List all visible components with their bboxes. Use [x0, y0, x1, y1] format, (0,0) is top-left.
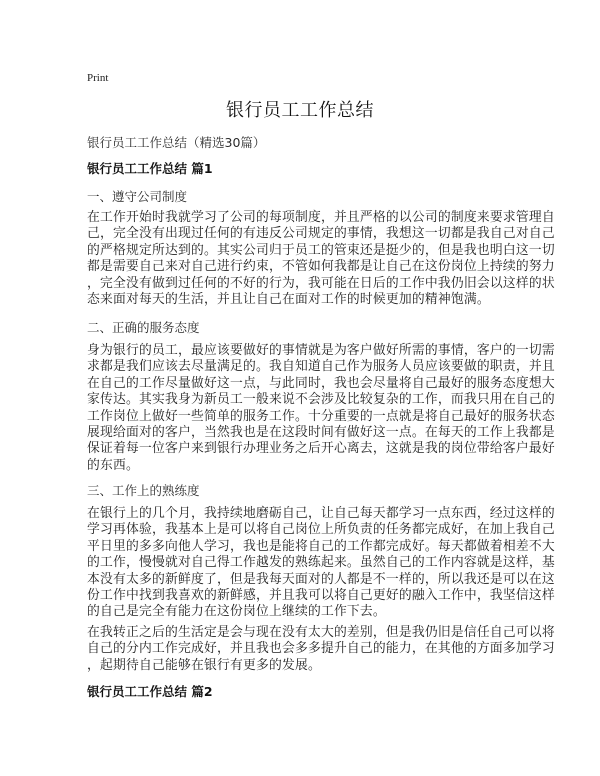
paragraph-line: 身为银行的员工，最应该要做好的事情就是为客户做好所需的事情，客户的一切需	[87, 343, 513, 359]
document-title: 银行员工工作总结	[87, 96, 513, 122]
document-subtitle: 银行员工工作总结（精选30篇）	[87, 133, 265, 151]
paragraph-line: 的工作，慢慢就对自己得工作越发的熟练起来。虽然自己的工作内容就是这样，基	[87, 555, 513, 571]
paragraph: 在我转正之后的生活定是会与现在没有太大的差别，但是我仍旧是信任自己可以将 自己的…	[87, 625, 513, 674]
paragraph-line: 在自己的工作尽量做好这一点，与此同时，我也会尽量将自己最好的服务态度想大	[87, 376, 513, 392]
paragraph-line: 的严格规定所达到的。其实公司归于员工的管束还是挺少的，但是我也明白这一切	[87, 243, 513, 259]
paragraph: 身为银行的员工，最应该要做好的事情就是为客户做好所需的事情，客户的一切需 求都是…	[87, 343, 513, 474]
section-title: 一、遵守公司制度	[87, 187, 513, 205]
paragraph-line: 的东西。	[87, 458, 513, 474]
paragraph-line: 的自己是完全有能力在这份岗位上继续的工作下去。	[87, 604, 513, 620]
article-heading: 银行员工工作总结 篇1	[87, 159, 513, 177]
print-link[interactable]: Print	[87, 72, 108, 84]
paragraph-line: ，起期待自己能够在银行有更多的发展。	[87, 658, 513, 674]
paragraph-line: 己，完全没有出现过任何的有违反公司规定的事情，我想这一切都是我自己对自己	[87, 226, 513, 242]
paragraph-line: 工作岗位上做好一些简单的服务工作。十分重要的一点就是将自己最好的服务状态	[87, 409, 513, 425]
paragraph-line: ，完全没有做到过任何的不好的行为，我可能在日后的工作中我仍旧会以这样的状	[87, 276, 513, 292]
paragraph-line: 保证着每一位客户来到银行办理业务之后开心离去，这就是我的岗位带给客户最好	[87, 441, 513, 457]
paragraph-line: 在工作开始时我就学习了公司的每项制度，并且严格的以公司的制度来要求管理自	[87, 210, 513, 226]
paragraph-line: 在我转正之后的生活定是会与现在没有太大的差别，但是我仍旧是信任自己可以将	[87, 625, 513, 641]
paragraph-line: 求都是我们应该去尽量满足的。我自知道自己作为服务人员应该要做的职责，并且	[87, 359, 513, 375]
section-title: 三、工作上的熟练度	[87, 481, 513, 499]
article-heading: 银行员工工作总结 篇2	[87, 682, 513, 700]
paragraph-line: 自己的分内工作完成好，并且我也会多多提升自己的能力，在其他的方面多加学习	[87, 641, 513, 657]
paragraph-line: 在银行上的几个月，我持续地磨砺自己，让自己每天都学习一点东西，经过这样的	[87, 506, 513, 522]
section-title: 二、正确的服务态度	[87, 318, 513, 336]
paragraph-line: 态来面对每天的生活，并且让自己在面对工作的时候更加的精神饱满。	[87, 292, 513, 308]
paragraph-line: 平日里的多多向他人学习，我也是能将自己的工作都完成好。每天都做着相差不大	[87, 539, 513, 555]
paragraph: 在工作开始时我就学习了公司的每项制度，并且严格的以公司的制度来要求管理自 己，完…	[87, 210, 513, 308]
paragraph-line: 本没有太多的新鲜度了，但是我每天面对的人都是不一样的，所以我还是可以在这	[87, 572, 513, 588]
paragraph-line: 都是需要自己来对自己进行约束，不管如何我都是让自己在这份岗位上持续的努力	[87, 259, 513, 275]
paragraph-line: 家传达。其实我身为新员工一般来说不会涉及比较复杂的工作，而我只用在自己的	[87, 392, 513, 408]
paragraph-line: 学习再体验，我基本上是可以将自己岗位上所负责的任务都完成好，在加上我自己	[87, 522, 513, 538]
paragraph: 在银行上的几个月，我持续地磨砺自己，让自己每天都学习一点东西，经过这样的 学习再…	[87, 506, 513, 621]
paragraph-line: 份工作中找到我喜欢的新鲜感，并且我可以将自己更好的融入工作中，我坚信这样	[87, 588, 513, 604]
paragraph-line: 展现给面对的客户，当然我也是在这段时间有做好这一点。在每天的工作上我都是	[87, 425, 513, 441]
